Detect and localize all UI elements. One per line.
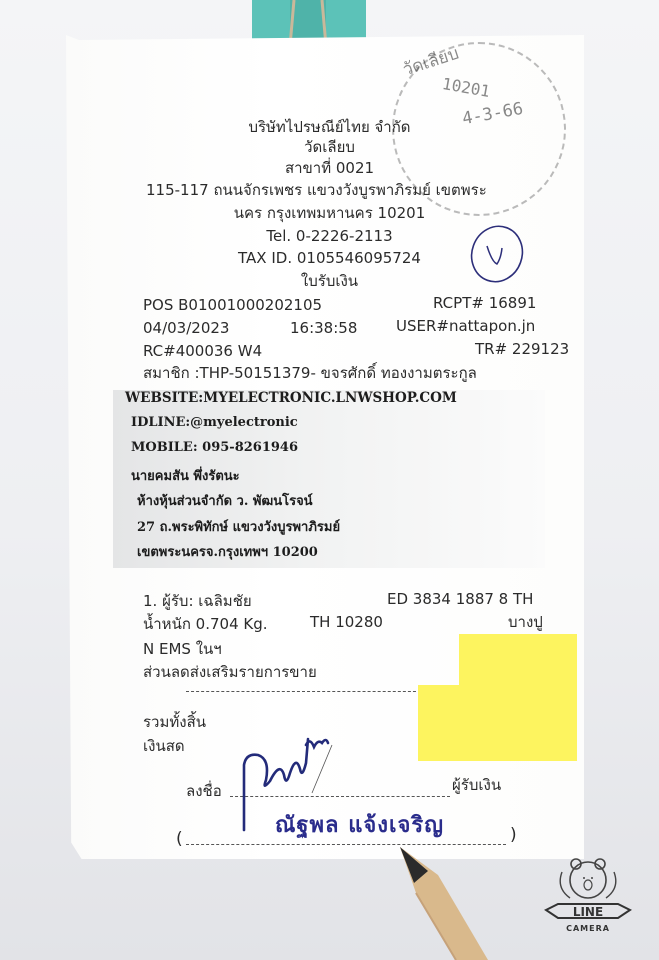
receiver-label: ผู้รับเงิน [452, 776, 501, 794]
branch-number: สาขาที่ 0021 [0, 159, 659, 177]
tr-number: TR# 229123 [475, 340, 569, 358]
receipt-number: RCPT# 16891 [433, 294, 536, 312]
pencil [398, 845, 488, 960]
rc-number: RC#400036 W4 [143, 342, 262, 360]
line-camera-watermark: LINE CAMERA [540, 852, 636, 948]
sender-label-sticker: WEBSITE:MYELECTRONIC.LNWSHOP.COM IDLINE:… [113, 390, 545, 568]
sender-address2: เขตพระนครจ.กรุงเทพฯ 10200 [137, 541, 318, 562]
watermark-line: LINE [540, 905, 636, 919]
recipient: 1. ผู้รับ: เฉลิมชัย [143, 592, 252, 610]
cash-label: เงินสด [143, 737, 185, 755]
pos-number: POS B01001000202105 [143, 296, 322, 314]
close-paren: ) [510, 826, 517, 844]
circled-check-mark [468, 222, 526, 286]
sender-address1: 27 ถ.พระพิทักษ์ แขวงวังบูรพาภิรมย์ [137, 516, 340, 537]
telephone: Tel. 0-2226-2113 [0, 227, 659, 245]
time: 16:38:58 [290, 319, 357, 337]
destination-postcode: TH 10280 [310, 613, 383, 631]
tracking-number: ED 3834 1887 8 TH [387, 590, 533, 608]
sender-mobile: MOBILE: 095-8261946 [131, 440, 298, 455]
sign-label: ลงชื่อ [186, 782, 222, 800]
weight: น้ำหนัก 0.704 Kg. [143, 615, 268, 633]
service-type: N EMS ในฯ [143, 640, 222, 658]
total-label: รวมทั้งสิ้น [143, 713, 206, 731]
company-name: บริษัทไปรษณีย์ไทย จำกัด [0, 118, 659, 136]
member: สมาชิก :THP-50151379- ขจรศักดิ์ ทองงามตร… [143, 364, 477, 382]
sender-name: นายคมสัน พึ่งรัตนะ [131, 465, 240, 486]
address-line2: นคร กรุงเทพมหานคร 10201 [0, 204, 659, 222]
redaction-box [418, 685, 577, 761]
tax-id: TAX ID. 0105546095724 [0, 249, 659, 267]
redaction-box [459, 634, 577, 686]
user: USER#nattapon.jn [396, 317, 535, 335]
sender-line-id: IDLINE:@myelectronic [131, 415, 298, 430]
sender-website: WEBSITE:MYELECTRONIC.LNWSHOP.COM [125, 390, 457, 406]
discount-label: ส่วนลดส่งเสริมรายการขาย [143, 663, 317, 681]
branch-name: วัดเลียบ [0, 138, 659, 156]
sender-company: ห้างหุ้นส่วนจำกัด ว. พัฒนโรจน์ [137, 490, 313, 511]
separator-line [186, 691, 421, 692]
open-paren: ( [176, 830, 183, 848]
address-line1: 115-117 ถนนจักรเพชร แขวงวังบูรพาภิรมย์ เ… [146, 181, 487, 199]
destination-name: บางปู [508, 613, 543, 631]
watermark-camera: CAMERA [540, 924, 636, 933]
stamped-name: ณัฐพล แจ้งเจริญ [275, 807, 444, 842]
date: 04/03/2023 [143, 319, 229, 337]
document-title: ใบรับเงิน [0, 272, 659, 290]
